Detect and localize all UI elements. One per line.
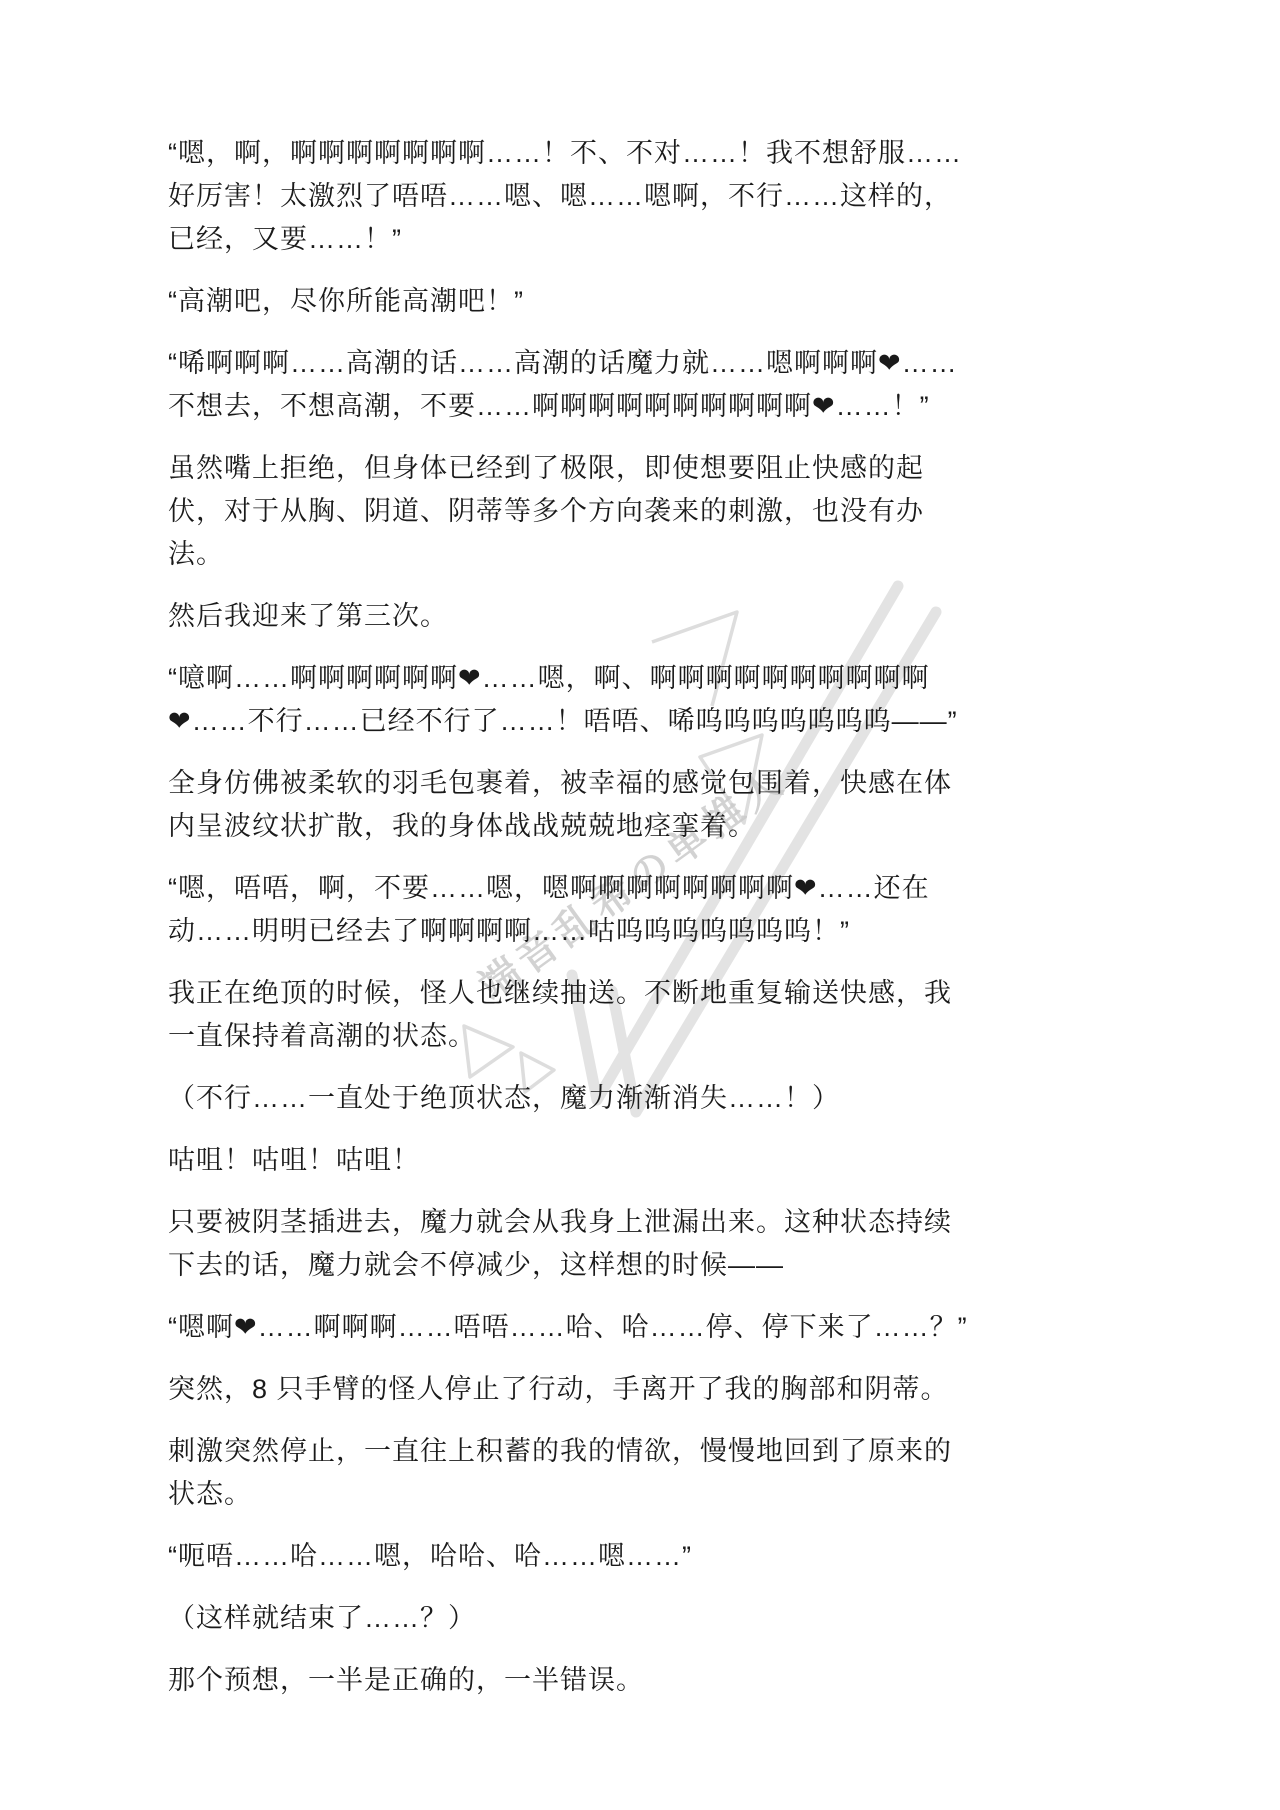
story-paragraph: 那个预想，一半是正确的，一半错误。	[168, 1659, 968, 1702]
story-paragraph: 全身仿佛被柔软的羽毛包裹着，被幸福的感觉包围着，快感在体内呈波纹状扩散，我的身体…	[168, 762, 968, 848]
story-paragraph: 然后我迎来了第三次。	[168, 595, 968, 638]
story-paragraph: “噫啊……啊啊啊啊啊啊❤……嗯，啊、啊啊啊啊啊啊啊啊啊啊❤……不行……已经不行了…	[168, 657, 968, 743]
story-text: “嗯，啊，啊啊啊啊啊啊啊……！不、不对……！我不想舒服……好厉害！太激烈了唔唔……	[168, 132, 968, 1721]
story-paragraph: “呃唔……哈……嗯，哈哈、哈……嗯……”	[168, 1535, 968, 1578]
document-page: 端音乱希の单推人 “嗯，啊，啊啊啊啊啊啊啊……！不、不对……！我不想舒服……好厉…	[0, 0, 1280, 1810]
story-paragraph: 突然，8 只手臂的怪人停止了行动，手离开了我的胸部和阴蒂。	[168, 1368, 968, 1411]
story-paragraph: 只要被阴茎插进去，魔力就会从我身上泄漏出来。这种状态持续下去的话，魔力就会不停减…	[168, 1201, 968, 1287]
story-paragraph: 我正在绝顶的时候，怪人也继续抽送。不断地重复输送快感，我一直保持着高潮的状态。	[168, 972, 968, 1058]
story-paragraph: “高潮吧，尽你所能高潮吧！”	[168, 280, 968, 323]
story-paragraph: （不行……一直处于绝顶状态，魔力渐渐消失……！）	[168, 1077, 968, 1120]
story-paragraph: “嗯啊❤……啊啊啊……唔唔……哈、哈……停、停下来了……？”	[168, 1306, 968, 1349]
story-paragraph: 咕咀！咕咀！咕咀！	[168, 1139, 968, 1182]
story-paragraph: “唏啊啊啊……高潮的话……高潮的话魔力就……嗯啊啊啊❤……不想去，不想高潮，不要…	[168, 342, 968, 428]
story-paragraph: “嗯，啊，啊啊啊啊啊啊啊……！不、不对……！我不想舒服……好厉害！太激烈了唔唔……	[168, 132, 968, 261]
story-paragraph: 刺激突然停止，一直往上积蓄的我的情欲，慢慢地回到了原来的状态。	[168, 1430, 968, 1516]
story-paragraph: （这样就结束了……？）	[168, 1597, 968, 1640]
story-paragraph: 虽然嘴上拒绝，但身体已经到了极限，即使想要阻止快感的起伏，对于从胸、阴道、阴蒂等…	[168, 447, 968, 576]
story-paragraph: “嗯，唔唔，啊，不要……嗯，嗯啊啊啊啊啊啊啊啊❤……还在动……明明已经去了啊啊啊…	[168, 867, 968, 953]
